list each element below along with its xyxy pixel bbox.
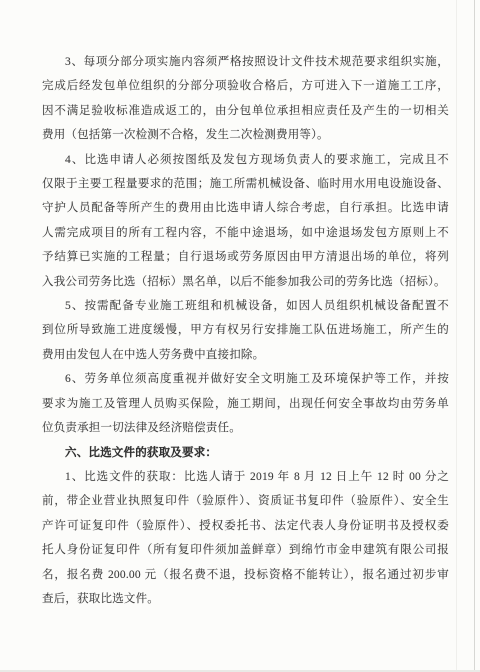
text-line: 要求为施工及管理人员购买保险，施工期间，出现任何安全事故均由劳务单 xyxy=(42,392,449,416)
text-line: 予结算已实施的工程量；自行退场或劳务原因由甲方清退出场的单位，将列 xyxy=(42,245,449,269)
text-line: 入我公司劳务比选（招标）黑名单，以后不能参加我公司的劳务比选（招标）。 xyxy=(42,270,449,294)
text-line: 到位所导致施工进度缓慢，甲方有权另行安排施工队伍进场施工，所产生的 xyxy=(42,318,449,342)
text-line: 位负责承担一切法律及经济赔偿责任。 xyxy=(42,416,449,440)
paragraph: 5、按需配备专业施工班组和机械设备，如因人员组织机械设备配置不到位所导致施工进度… xyxy=(42,294,449,367)
text-line: 名，报名费 200.00 元（报名费不退，投标资格不能转让），报名通过初步审 xyxy=(42,563,449,587)
text-line: 六、比选文件的获取及要求： xyxy=(42,441,449,465)
paragraph: 1、比选文件的获取：比选人请于 2019 年 8 月 12 日上午 12 时 0… xyxy=(42,465,449,611)
text-line: 前，带企业营业执照复印件（验原件）、资质证书复印件（验原件）、安全生 xyxy=(42,489,449,513)
text-line: 费用（包括第一次检测不合格，发生二次检测费用等）。 xyxy=(42,123,449,147)
paragraph: 4、比选申请人必须按图纸及发包方现场负责人的要求施工，完成且不仅限于主要工程量要… xyxy=(42,148,449,294)
document-page: 3、每项分部分项实施内容须严格按照设计文件技术规范要求组织实施，完成后经发包单位… xyxy=(0,0,480,672)
paragraph: 6、劳务单位须高度重视并做好安全文明施工及环境保护等工作，并按要求为施工及管理人… xyxy=(42,367,449,440)
text-line: 人需完成项目的所有工程内容，不能中途退场，如中途退场发包方原则上不 xyxy=(42,221,449,245)
text-line: 费用由发包人在中选人劳务费中直接扣除。 xyxy=(42,343,449,367)
text-line: 4、比选申请人必须按图纸及发包方现场负责人的要求施工，完成且不 xyxy=(42,148,449,172)
text-line: 产许可证复印件（验原件）、授权委托书、法定代表人身份证明书及授权委 xyxy=(42,514,449,538)
text-line: 完成后经发包单位组织的分部分项验收合格后，方可进入下一道施工工序， xyxy=(42,74,449,98)
text-line: 仅限于主要工程量要求的范围；施工所需机械设备、临时用水用电设施设备、 xyxy=(42,172,449,196)
text-line: 因不满足验收标准造成返工的，由分包单位承担相应责任及产生的一切相关 xyxy=(42,99,449,123)
scan-edge-line xyxy=(474,0,475,672)
text-line: 1、比选文件的获取：比选人请于 2019 年 8 月 12 日上午 12 时 0… xyxy=(42,465,449,489)
text-line: 6、劳务单位须高度重视并做好安全文明施工及环境保护等工作，并按 xyxy=(42,367,449,391)
text-line: 托人身份证复印件（所有复印件须加盖鲜章）到绵竹市金申建筑有限公司报 xyxy=(42,538,449,562)
text-line: 3、每项分部分项实施内容须严格按照设计文件技术规范要求组织实施， xyxy=(42,50,449,74)
text-block: 3、每项分部分项实施内容须严格按照设计文件技术规范要求组织实施，完成后经发包单位… xyxy=(42,50,449,611)
paragraph: 3、每项分部分项实施内容须严格按照设计文件技术规范要求组织实施，完成后经发包单位… xyxy=(42,50,449,148)
text-line: 查后，获取比选文件。 xyxy=(42,587,449,611)
section-heading: 六、比选文件的获取及要求： xyxy=(42,441,449,465)
text-line: 守护人员配备等所产生的费用由比选申请人综合考虑，自行承担。比选申请 xyxy=(42,196,449,220)
scan-edge-line-faint xyxy=(456,0,457,672)
text-line: 5、按需配备专业施工班组和机械设备，如因人员组织机械设备配置不 xyxy=(42,294,449,318)
